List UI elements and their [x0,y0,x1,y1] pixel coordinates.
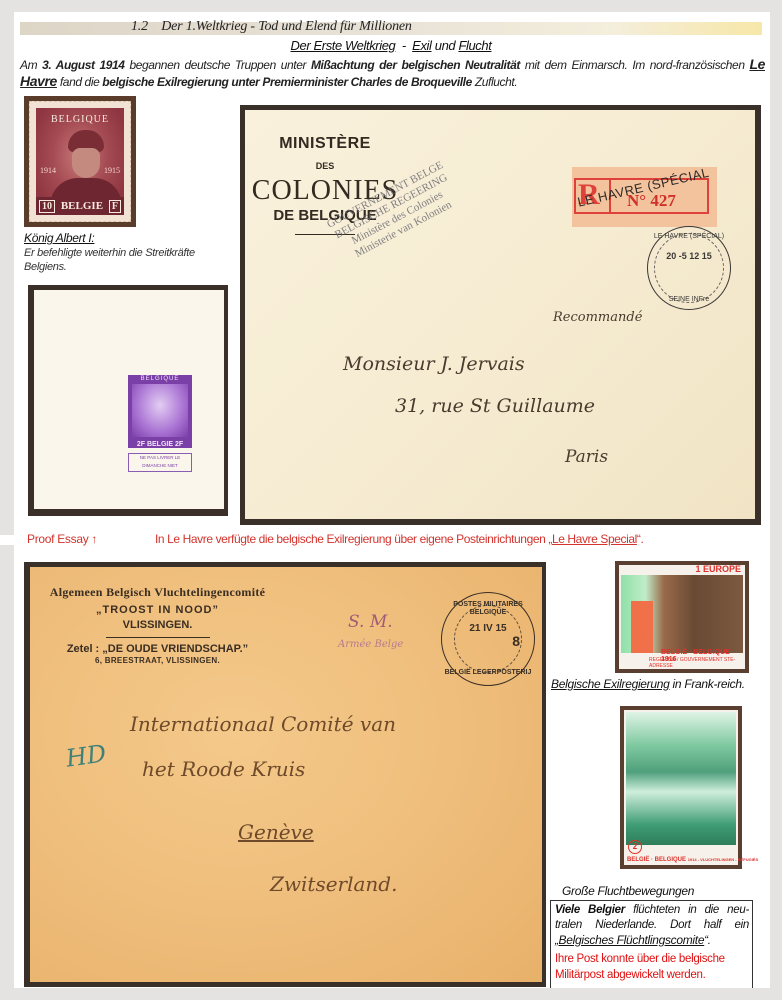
address-line: het Roode Kruis [142,757,305,781]
stamp-king-albert: BELGIQUE 1914 1915 10 BELGIE F [24,96,136,227]
address-line: Zwitserland. [270,872,397,896]
armee-belge-cachet: Armée Belge [338,639,403,650]
proof-stamp: BELGIQUE 2F BELGIE 2F [128,375,192,448]
mailbox-shape [631,601,653,653]
address-line: Internationaal Comité van [130,712,396,736]
caption-le-havre: In Le Havre verfügte die belgische Exilr… [155,532,643,546]
page-subtitle: Der Erste Weltkrieg - Exil und Flucht [0,38,782,53]
stamp-exile-government: 1 EUROPE BELGIË · BELGIQUE 1916 REGERING… [615,561,749,673]
section-title-text: Der 1.Weltkrieg - Tod und Elend für Mill… [161,19,412,34]
section-number: 1.2 [131,19,148,34]
sender-imprint: Algemeen Belgisch Vluchtelingencomité „T… [30,585,285,665]
caption-exile-government: Belgische Exilregierung in Frank-reich. [551,676,756,692]
caption-albert-text: Er befehligte weiterhin die Streitkräfte… [24,246,234,274]
envelope-troost-in-nood: Algemeen Belgisch Vluchtelingencomité „T… [24,562,546,987]
hd-pencil-mark: HD [64,739,108,772]
section-title: 1.2 Der 1.Weltkrieg - Tod und Elend für … [131,19,412,35]
stamp-refugees: 2 BELGIË · BELGIQUE 1914 - VLUCHTELINGEN… [620,706,742,869]
caption-flight-title: Große Fluchtbewegungen [562,884,694,898]
caption-proof-essay: Proof Essay ↑ [27,532,97,546]
caption-flight-red-note: Ihre Post konnte über die belgische Mili… [555,951,749,983]
envelope-ministere-colonies: MINISTÈRE DES COLONIES DE BELGIQUE GOUVE… [240,105,761,525]
sm-cachet: S. M. [348,612,393,632]
proof-label: NE PAS LIVRER LE DIMANCHE NIET BESTELLEN… [128,453,192,472]
caption-albert-title: König Albert I: [24,231,94,245]
recommande-note: Recommandé [553,310,642,325]
registration-label: R N° 427 LE HAVRE (SPÉCIAL [572,167,717,227]
postmark-postes-militaires: POSTES MILITAIRES BELGIQUE 21 IV 15 8 BE… [441,592,535,686]
proof-essay: BELGIQUE 2F BELGIE 2F NE PAS LIVRER LE D… [28,285,228,516]
address-line: Monsieur J. Jervais [343,353,525,375]
caption-flight-box: Viele Belgier flüchteten in die neu-tral… [550,900,753,988]
postmark-le-havre: LE HAVRE (SPÉCIAL) 20 -5 12 15 SEINE INF… [647,226,731,310]
address-line: 31, rue St Guillaume [395,395,595,417]
intro-paragraph: Am 3. August 1914 begannen deutsche Trup… [20,56,765,90]
address-line: Paris [565,447,608,467]
address-line: Genève [238,820,314,844]
